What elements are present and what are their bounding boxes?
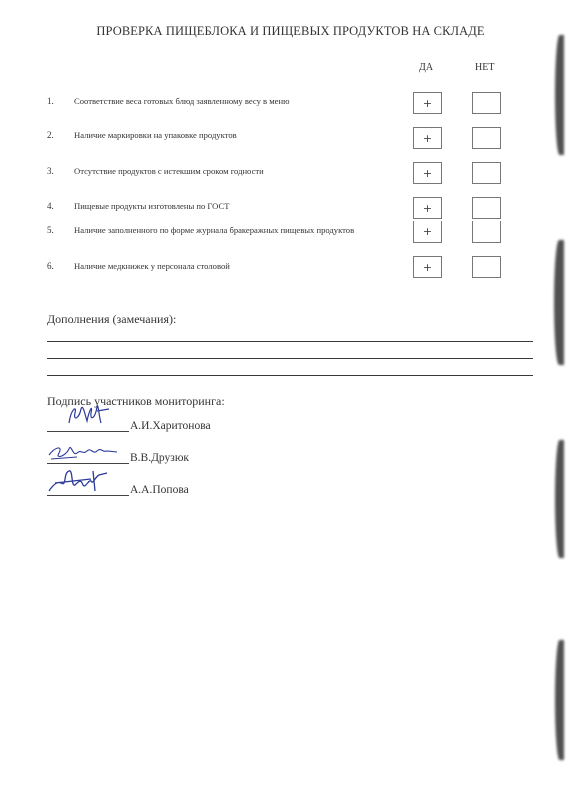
scan-artifact [555, 35, 564, 155]
signature-row: А.А.Попова [47, 476, 189, 496]
column-header-yes: ДА [419, 62, 433, 73]
item-text: Отсутствие продуктов с истекшим сроком г… [74, 166, 264, 176]
checkbox-yes[interactable]: + [413, 256, 442, 278]
signatory-name: А.И.Харитонова [130, 420, 211, 432]
checkbox-yes[interactable]: + [413, 92, 442, 114]
checkbox-no[interactable] [472, 92, 501, 114]
signature-row: В.В.Друзюк [47, 444, 189, 464]
remarks-line-3[interactable] [47, 375, 533, 376]
item-number: 3. [47, 166, 54, 176]
signature-icon [47, 467, 129, 497]
column-header-no: НЕТ [475, 62, 494, 73]
item-text: Соответствие веса готовых блюд заявленно… [74, 96, 290, 106]
remarks-label: Дополнения (замечания): [47, 312, 176, 327]
signature-line [47, 477, 129, 496]
document-title: ПРОВЕРКА ПИЩЕБЛОКА И ПИЩЕВЫХ ПРОДУКТОВ Н… [0, 24, 581, 39]
item-number: 2. [47, 130, 54, 140]
item-text: Наличие маркировки на упаковке продуктов [74, 130, 237, 140]
checkbox-yes[interactable]: + [413, 197, 442, 219]
remarks-line-1[interactable] [47, 341, 533, 342]
checkbox-no[interactable] [472, 127, 501, 149]
checkbox-no[interactable] [472, 197, 501, 219]
signature-icon [47, 439, 129, 463]
checkbox-yes[interactable]: + [413, 162, 442, 184]
scan-artifact [555, 440, 564, 558]
item-number: 4. [47, 201, 54, 211]
signature-line [47, 413, 129, 432]
scan-artifact [555, 640, 564, 760]
signatory-name: В.В.Друзюк [130, 452, 189, 464]
checkbox-no[interactable] [472, 221, 501, 243]
checkbox-yes[interactable]: + [413, 127, 442, 149]
signature-line [47, 445, 129, 464]
item-number: 1. [47, 96, 54, 106]
signature-row: А.И.Харитонова [47, 412, 211, 432]
scan-artifact [554, 240, 564, 365]
signatory-name: А.А.Попова [130, 484, 189, 496]
item-text: Наличие заполненного по форме журнала бр… [74, 225, 354, 235]
item-number: 6. [47, 261, 54, 271]
item-text: Пищевые продукты изготовлены по ГОСТ [74, 201, 229, 211]
checkbox-no[interactable] [472, 256, 501, 278]
item-number: 5. [47, 225, 54, 235]
item-text: Наличие медкнижек у персонала столовой [74, 261, 230, 271]
checkbox-no[interactable] [472, 162, 501, 184]
remarks-line-2[interactable] [47, 358, 533, 359]
checkbox-yes[interactable]: + [413, 221, 442, 243]
signature-icon [47, 401, 129, 429]
